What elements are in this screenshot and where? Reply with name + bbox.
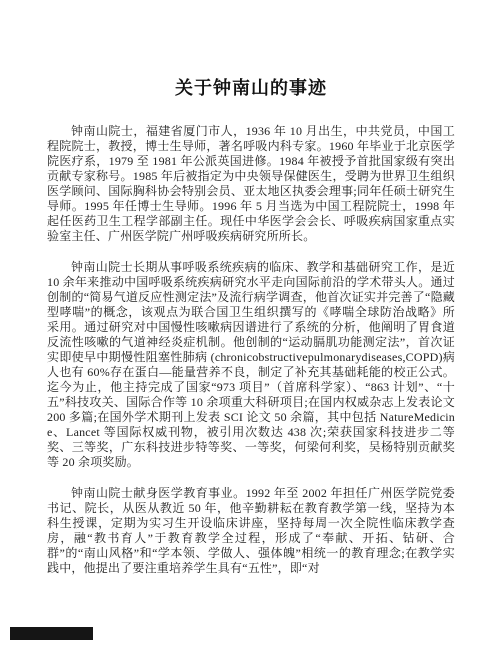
paragraph-research-achievements: 钟南山院士长期从事呼吸系统疾病的临床、教学和基础研究工作，是近 10 余年来推动… — [47, 260, 455, 470]
bottom-left-black-bar — [10, 627, 93, 640]
document-page: 关于钟南山的事迹 钟南山院士，福建省厦门市人，1936 年 10 月出生，中共党… — [0, 0, 500, 647]
page-title: 关于钟南山的事迹 — [47, 74, 455, 100]
paragraph-biography: 钟南山院士，福建省厦门市人，1936 年 10 月出生，中共党员，中国工程院院士… — [47, 124, 455, 244]
paragraph-education-career: 钟南山院士献身医学教育事业。1992 年至 2002 年担任广州医学院党委书记、… — [47, 486, 455, 576]
